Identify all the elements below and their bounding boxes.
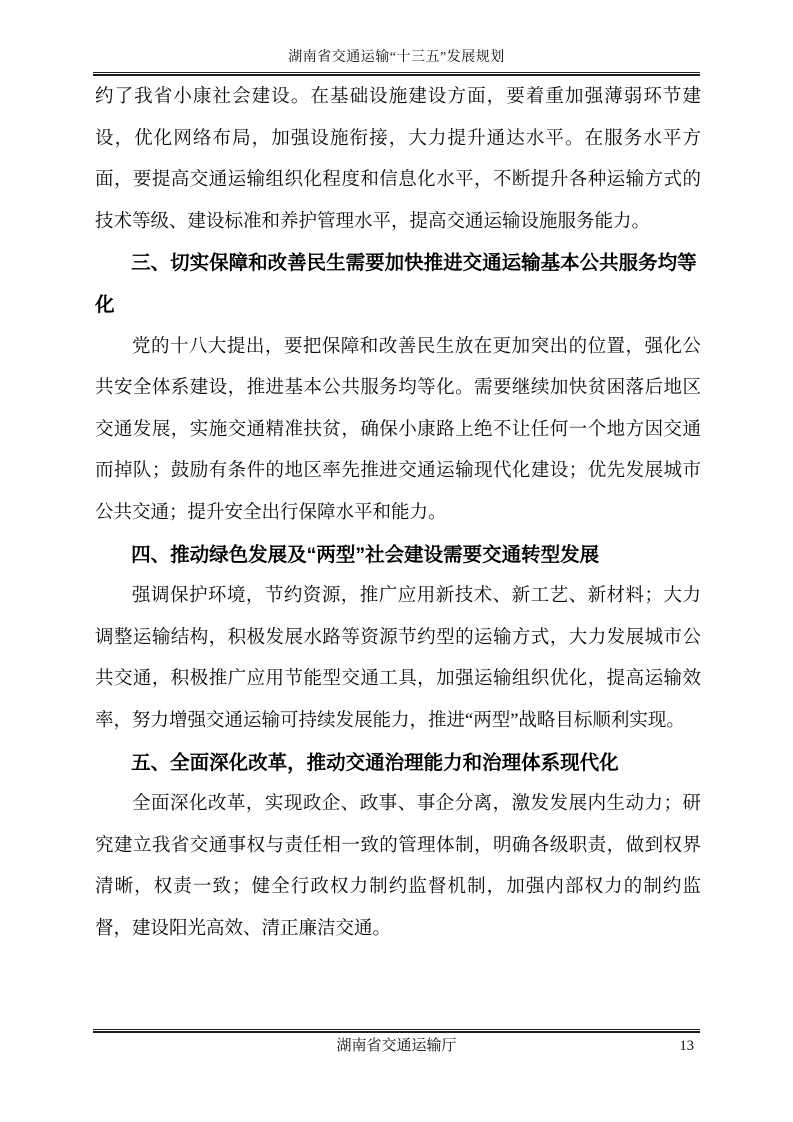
- section-paragraph-four: 强调保护环境，节约资源，推广应用新技术、新工艺、新材料；大力调整运输结构，积极发…: [95, 576, 701, 742]
- continuation-paragraph: 约了我省小康社会建设。在基础设施建设方面，要着重加强薄弱环节建设，优化网络布局，…: [95, 77, 701, 243]
- page-footer: 湖南省交通运输厅 13: [93, 1036, 700, 1056]
- footer-rule: [93, 1029, 700, 1033]
- header-title: 湖南省交通运输“十三五”发展规划: [288, 50, 504, 65]
- page-header: 湖南省交通运输“十三五”发展规划: [93, 46, 700, 66]
- section-heading-four: 四、推动绿色发展及“两型”社会建设需要交通转型发展: [95, 535, 701, 577]
- section-paragraph-five: 全面深化改革，实现政企、政事、事企分离，激发发展内生动力；研究建立我省交通事权与…: [95, 784, 701, 950]
- document-body: 约了我省小康社会建设。在基础设施建设方面，要着重加强薄弱环节建设，优化网络布局，…: [95, 77, 701, 950]
- section-paragraph-three: 党的十八大提出，要把保障和改善民生放在更加突出的位置，强化公共安全体系建设，推进…: [95, 327, 701, 535]
- section-heading-five: 五、全面深化改革，推动交通治理能力和治理体系现代化: [95, 743, 701, 785]
- section-heading-three: 三、切实保障和改善民生需要加快推进交通运输基本公共服务均等化: [95, 243, 701, 326]
- footer-organization: 湖南省交通运输厅: [336, 1038, 456, 1054]
- header-rule: [93, 72, 700, 76]
- page-number: 13: [680, 1036, 695, 1056]
- document-page: 湖南省交通运输“十三五”发展规划 约了我省小康社会建设。在基础设施建设方面，要着…: [0, 0, 793, 1122]
